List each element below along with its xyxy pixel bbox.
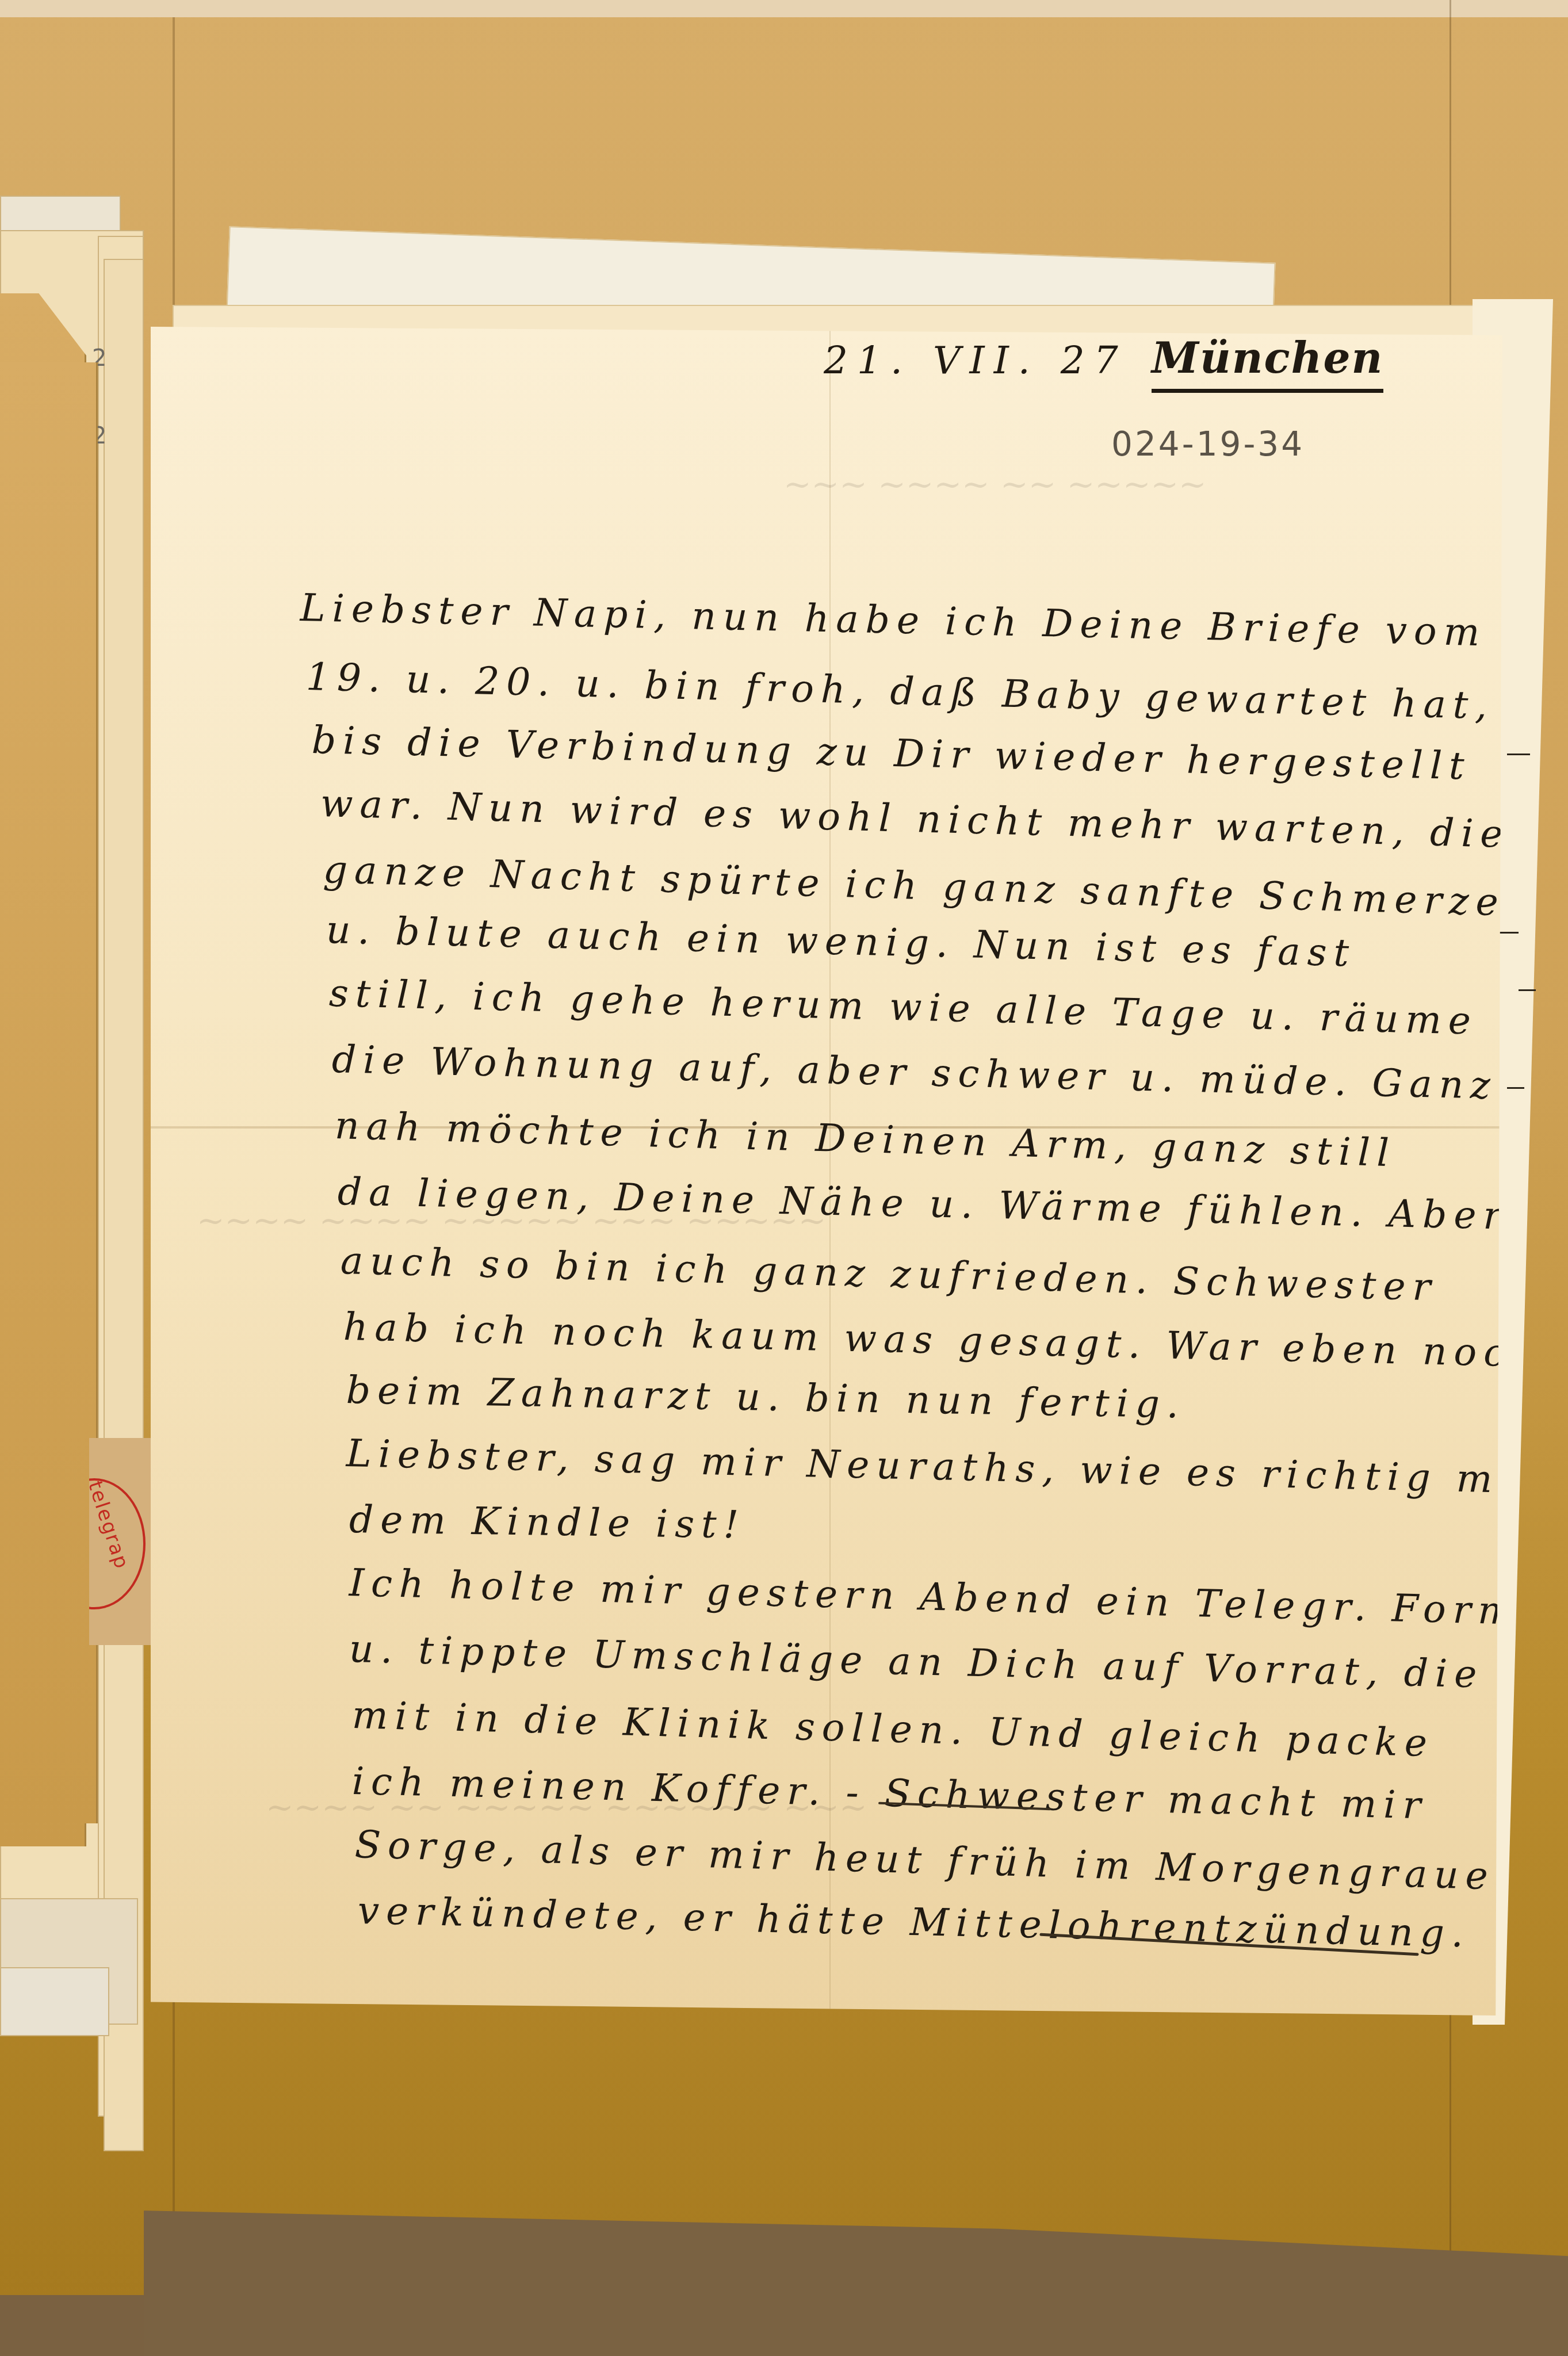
letter-page: ~~~ ~~~~ ~~ ~~~~~ ~~~~ ~~~~ ~~~~~ ~~~ ~~… <box>151 327 1502 2015</box>
letter-line: verkündete, er hätte Mittelohrentzündung… <box>357 1888 1471 1956</box>
margin-dash <box>1507 1087 1524 1089</box>
letter-date: 21. VII. 27 <box>824 338 1127 383</box>
letter-line: Ich holte mir gestern Abend ein Telegr. … <box>349 1561 1540 1634</box>
margin-dash <box>1519 989 1536 991</box>
bleed-through-text: ~~~ ~~~~ ~~ ~~~~~ <box>783 465 1207 504</box>
letter-line: auch so bin ich ganz zufrieden. Schweste… <box>340 1238 1438 1310</box>
letter-place: München <box>1152 334 1383 393</box>
letter-line: dem Kindle ist! <box>349 1497 745 1547</box>
letter-line: nah möchte ich in Deinen Arm, ganz still <box>334 1103 1397 1175</box>
envelope <box>0 362 98 1823</box>
letter-line: still, ich gehe herum wie alle Tage u. r… <box>328 971 1478 1043</box>
letter-line: mit in die Klinik sollen. Und gleich pac… <box>351 1693 1435 1765</box>
letter-line: 19. u. 20. u. bin froh, daß Baby gewarte… <box>305 655 1494 728</box>
letter-line: beim Zahnarzt u. bin nun fertig. <box>346 1368 1185 1426</box>
letter-line: Liebster Napi, nun habe ich Deine Briefe… <box>300 586 1487 655</box>
letter-line: bis die Verbindung zu Dir wieder hergest… <box>311 718 1471 789</box>
stack-sheet-edge <box>104 259 144 2151</box>
folder-top-strip <box>0 0 1568 17</box>
letter-line: u. tippte Umschläge an Dich auf Vorrat, … <box>349 1627 1484 1697</box>
margin-dash <box>1507 754 1530 755</box>
telegram-envelope-label: telegrap <box>89 1438 152 1645</box>
letter-line: Sorge, als er mir heut früh im Morgengra… <box>354 1822 1527 1899</box>
letter-line: Liebster, sag mir Neuraths, wie es richt… <box>346 1431 1541 1502</box>
letter-line: u. blute auch ein wenig. Nun ist es fast <box>326 908 1356 976</box>
letter-line: die Wohnung auf, aber schwer u. müde. Ga… <box>331 1037 1498 1108</box>
letter-fold-vertical <box>829 327 831 2015</box>
letter-line: hab ich noch kaum was gesagt. War eben n… <box>343 1305 1543 1376</box>
letter-line: war. Nun wird es wohl nicht mehr warten,… <box>320 781 1510 856</box>
archive-number: 024-19-34 <box>1111 424 1305 464</box>
stack-sheet-bottom <box>0 1967 109 2036</box>
